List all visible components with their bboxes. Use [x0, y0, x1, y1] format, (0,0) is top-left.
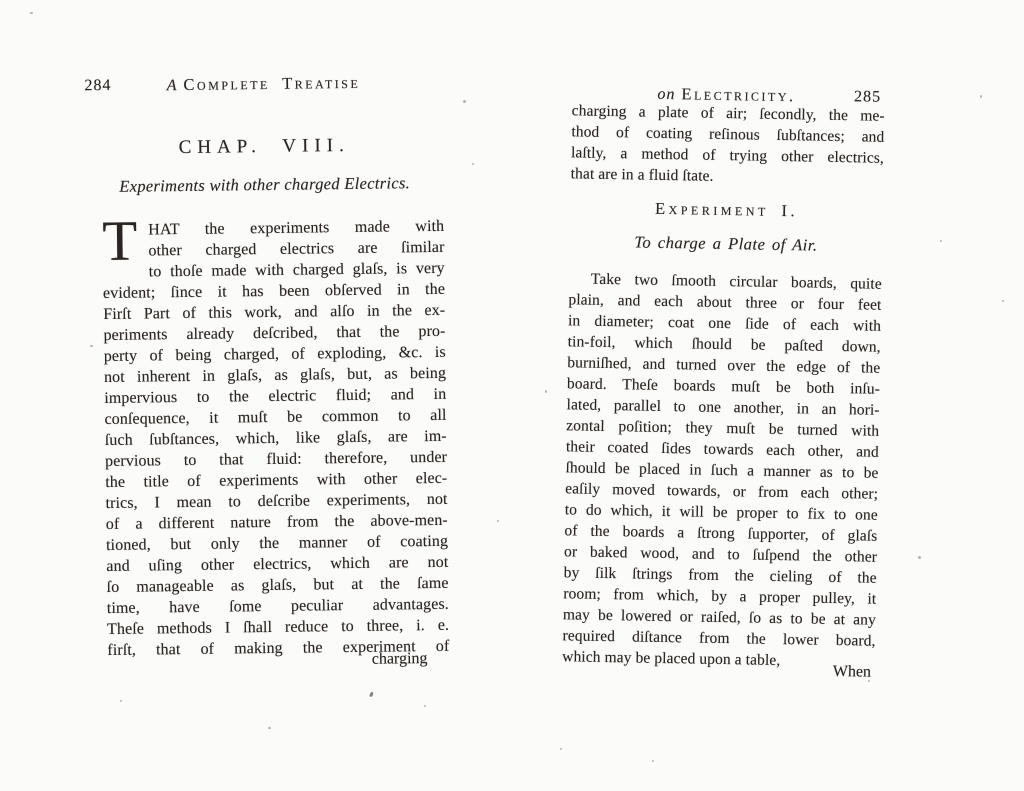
drop-cap: T — [102, 220, 141, 264]
left-body-text: T HAT the experiments made withother cha… — [102, 216, 449, 661]
drop-cap-letter: T — [102, 210, 138, 273]
right-page-number: 285 — [854, 88, 881, 106]
left-page: 284 AComplete Treatise CHAP. VIII. Exper… — [84, 72, 449, 676]
running-title-preposition: on — [657, 86, 675, 103]
scan-speck — [463, 100, 466, 103]
running-title-text: Complete Treatise — [183, 73, 360, 94]
chapter-subtitle: Experiments with other charged Electrics… — [86, 173, 444, 197]
right-catchword: When — [833, 663, 872, 682]
left-body-lines: HAT the experiments made withother charg… — [102, 216, 449, 661]
scan-speck — [868, 680, 870, 682]
scan-speck — [652, 760, 654, 762]
scan-speck — [1002, 300, 1004, 302]
scan-speck — [940, 240, 942, 242]
left-page-number: 284 — [84, 77, 111, 95]
scan-speck — [120, 700, 122, 702]
left-running-head: 284 AComplete Treatise — [84, 72, 442, 98]
scan-speck — [560, 748, 562, 750]
right-paragraph-2-lines: Take two ſmooth circular boards, quitepl… — [562, 268, 882, 672]
scan-speck — [424, 705, 426, 707]
right-paragraph-1: charging a plate of air; ſecondly, the m… — [570, 100, 884, 189]
chapter-heading: CHAP. VIII. — [85, 134, 443, 160]
left-running-title: AComplete Treatise — [84, 72, 442, 96]
scan-speck — [472, 163, 474, 165]
right-paragraph-1-lines: charging a plate of air; ſecondly, the m… — [570, 100, 884, 189]
scan-speck — [268, 727, 271, 729]
book-spread: 284 AComplete Treatise CHAP. VIII. Exper… — [0, 0, 1024, 791]
scan-speck — [30, 12, 33, 14]
scan-speck — [90, 345, 93, 347]
right-paragraph-2: Take two ſmooth circular boards, quitepl… — [562, 268, 882, 672]
running-title-article: A — [167, 77, 178, 94]
scan-speck — [545, 390, 547, 393]
scan-speck — [497, 520, 499, 522]
left-catchword: charging — [372, 650, 428, 669]
experiment-heading: Experiment I. — [570, 197, 883, 222]
scan-speck — [918, 556, 921, 559]
right-page: onElectricity. 285 charging a plate of a… — [562, 82, 885, 687]
scan-speck — [980, 95, 982, 98]
scan-speck — [369, 692, 374, 698]
experiment-subtitle: To charge a Plate of Air. — [569, 231, 882, 256]
